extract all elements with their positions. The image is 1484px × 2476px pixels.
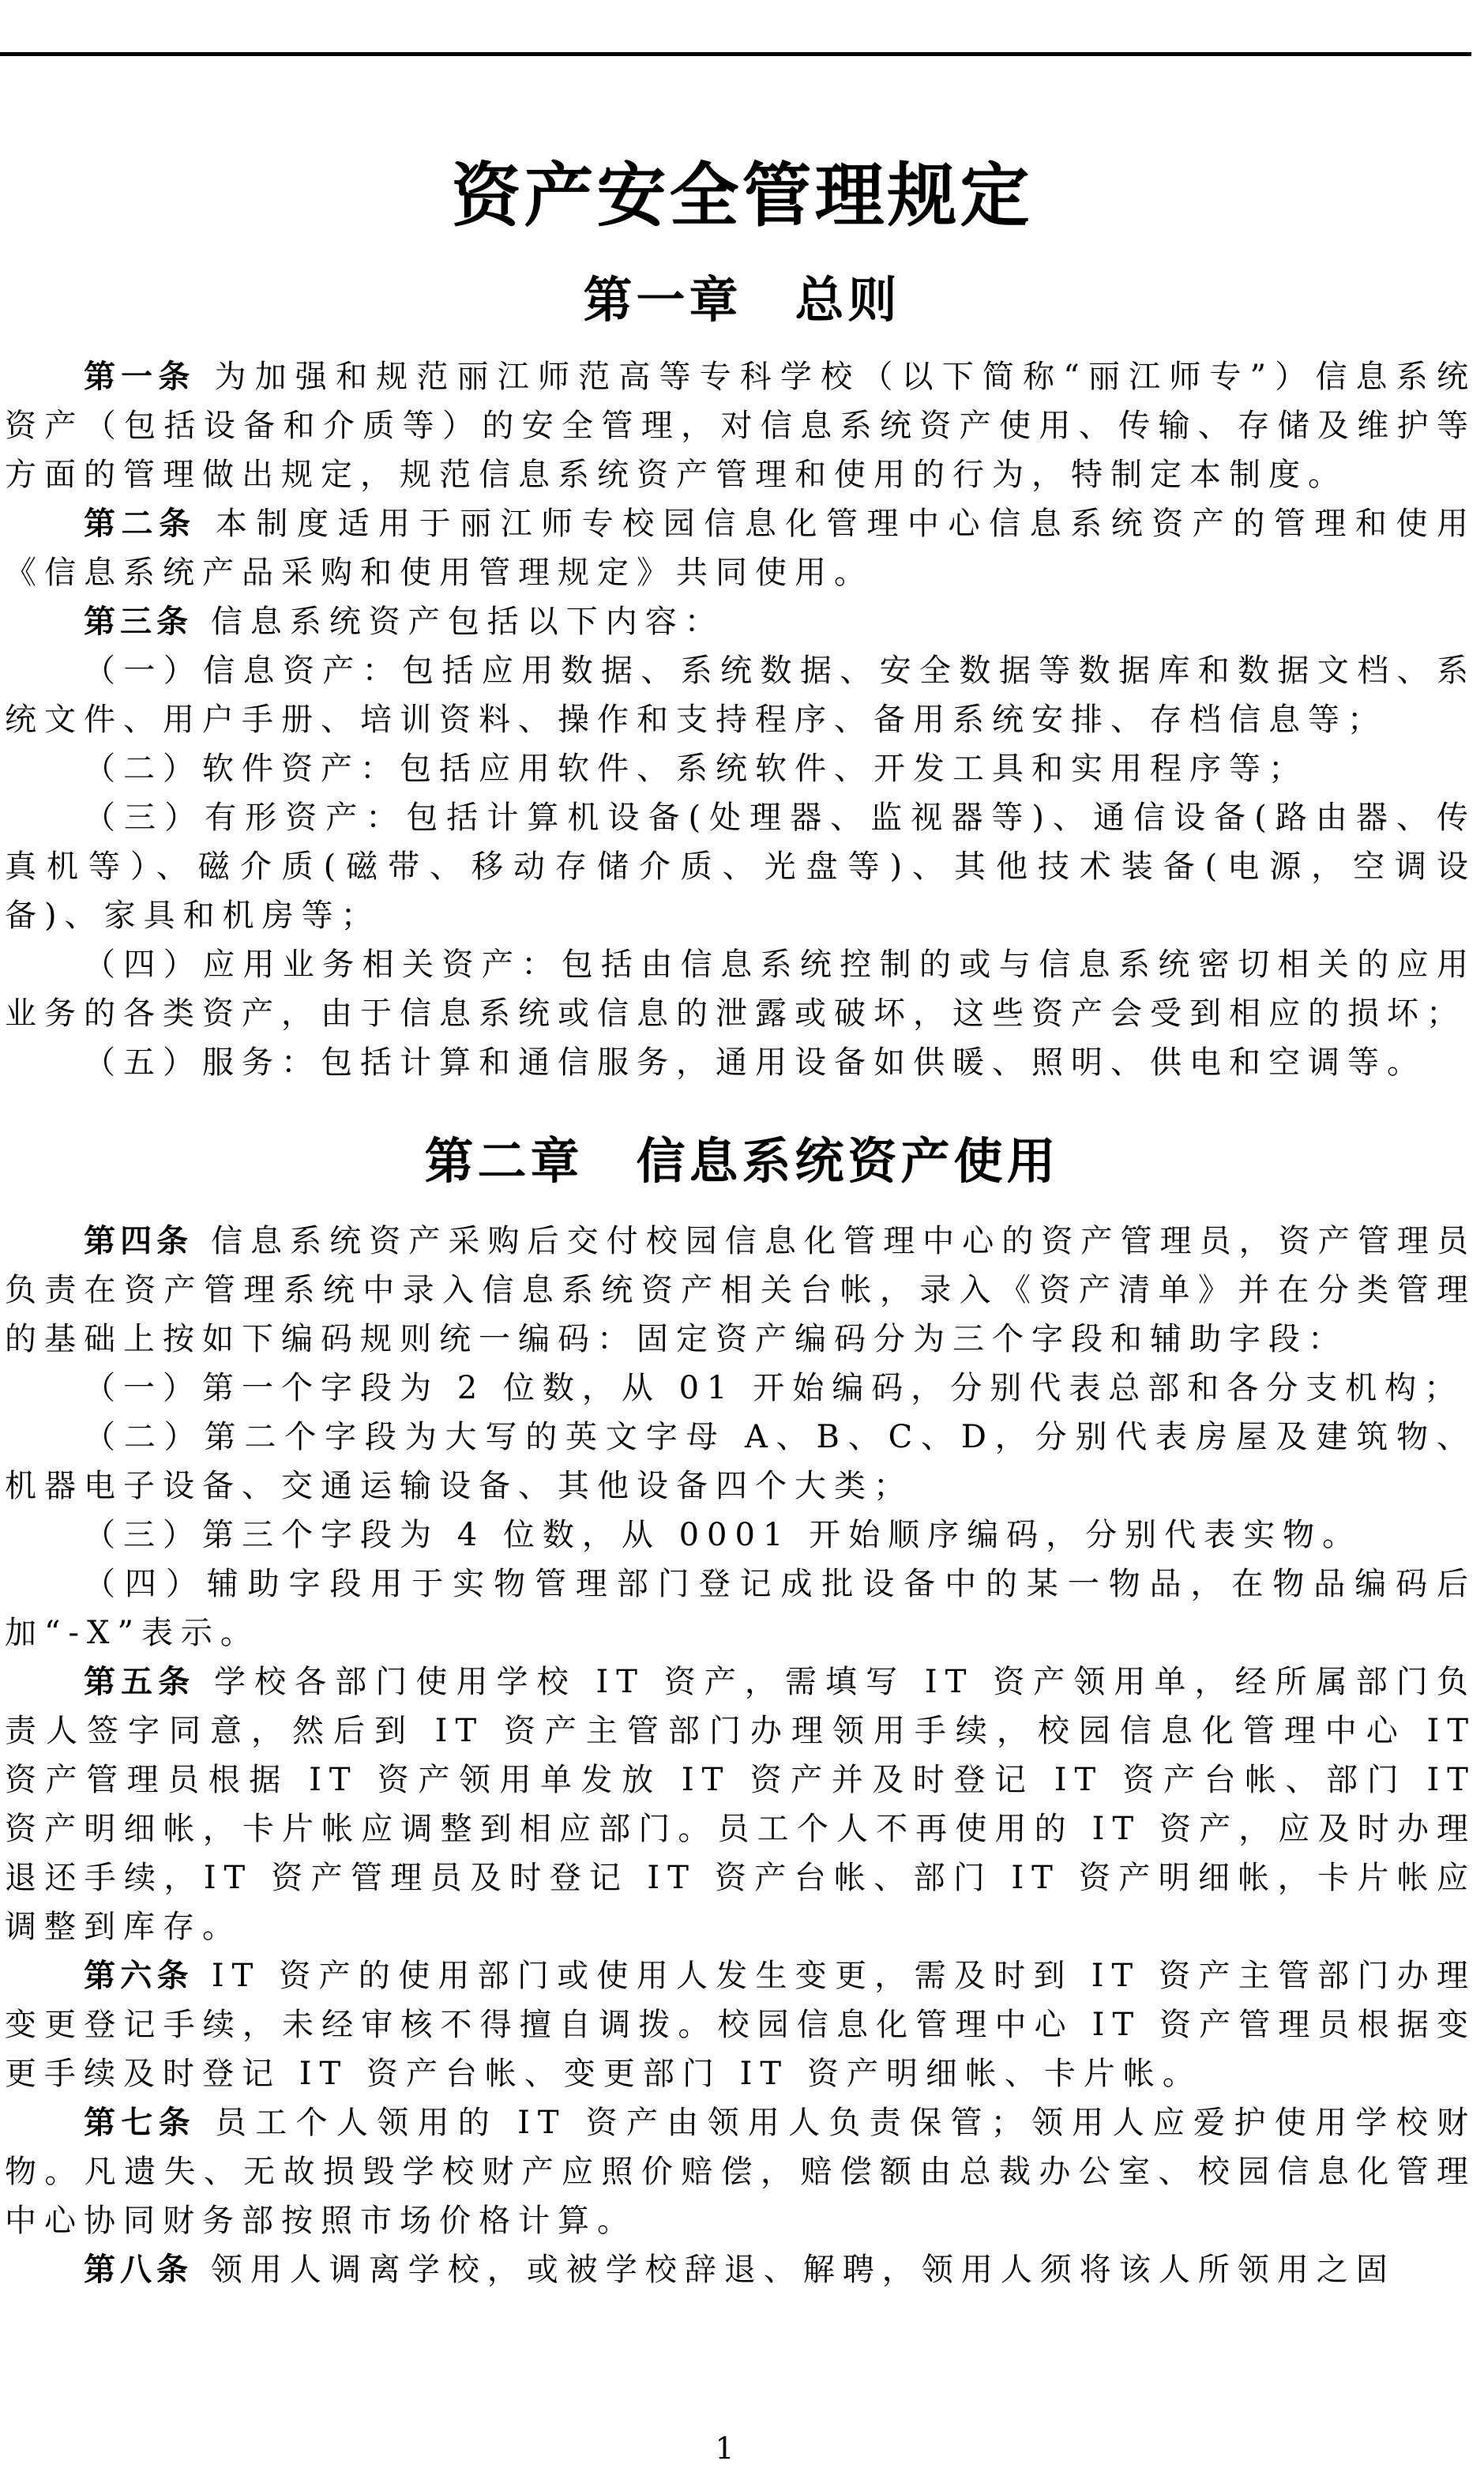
paragraph: 第一条 为加强和规范丽江师范高等专科学校（以下简称“丽江师专”）信息系统资产（包…	[0, 352, 1484, 499]
chapter-heading: 第一章 总则	[0, 272, 1484, 329]
page-number: 1	[0, 2433, 1449, 2463]
header-rule	[0, 52, 1471, 56]
paragraph: （三）有形资产：包括计算机设备(处理器、监视器等)、通信设备(路由器、传真机等）…	[0, 793, 1484, 940]
paragraph: （五）服务：包括计算和通信服务，通用设备如供暖、照明、供电和空调等。	[0, 1038, 1484, 1087]
article-label: 第四条	[84, 1223, 193, 1259]
paragraph: （一）信息资产：包括应用数据、系统数据、安全数据等数据库和数据文档、系统文件、用…	[0, 646, 1484, 744]
paragraph: （三）第三个字段为 4 位数，从 0001 开始顺序编码，分别代表实物。	[0, 1511, 1484, 1560]
paragraph: 第三条 信息系统资产包括以下内容：	[0, 597, 1484, 646]
paragraph: （二）软件资产：包括应用软件、系统软件、开发工具和实用程序等；	[0, 744, 1484, 793]
paragraph: 第四条 信息系统资产采购后交付校园信息化管理中心的资产管理员，资产管理员负责在资…	[0, 1217, 1484, 1364]
paragraph: 第八条 领用人调离学校，或被学校辞退、解聘，领用人须将该人所领用之固	[0, 2245, 1484, 2294]
article-label: 第七条	[84, 2105, 196, 2141]
article-label: 第二条	[84, 506, 197, 542]
paragraph: （四）应用业务相关资产：包括由信息系统控制的或与信息系统密切相关的应用业务的各类…	[0, 940, 1484, 1038]
paragraph: 第六条 IT 资产的使用部门或使用人发生变更，需及时到 IT 资产主管部门办理变…	[0, 1951, 1484, 2098]
article-label: 第三条	[84, 604, 193, 640]
article-label: 第一条	[84, 359, 196, 395]
paragraph: （四）辅助字段用于实物管理部门登记成批设备中的某一物品，在物品编码后加“-X”表…	[0, 1560, 1484, 1658]
article-label: 第六条	[84, 1958, 193, 1994]
paragraph: 第七条 员工个人领用的 IT 资产由领用人负责保管；领用人应爱护使用学校财物。凡…	[0, 2098, 1484, 2245]
article-label: 第五条	[84, 1664, 195, 1700]
document-page: 资产安全管理规定 第一章 总则第一条 为加强和规范丽江师范高等专科学校（以下简称…	[0, 0, 1484, 2476]
document-body: 第一章 总则第一条 为加强和规范丽江师范高等专科学校（以下简称“丽江师专”）信息…	[0, 272, 1484, 2294]
chapter-heading: 第二章 信息系统资产使用	[0, 1133, 1484, 1190]
paragraph: 第二条 本制度适用于丽江师专校园信息化管理中心信息系统资产的管理和使用《信息系统…	[0, 499, 1484, 597]
paragraph: （二）第二个字段为大写的英文字母 A、B、C、D，分别代表房屋及建筑物、机器电子…	[0, 1413, 1484, 1511]
paragraph: 第五条 学校各部门使用学校 IT 资产，需填写 IT 资产领用单，经所属部门负责…	[0, 1658, 1484, 1951]
document-title: 资产安全管理规定	[0, 0, 1484, 237]
paragraph: （一）第一个字段为 2 位数，从 01 开始编码，分别代表总部和各分支机构；	[0, 1364, 1484, 1413]
article-label: 第八条	[84, 2252, 193, 2288]
